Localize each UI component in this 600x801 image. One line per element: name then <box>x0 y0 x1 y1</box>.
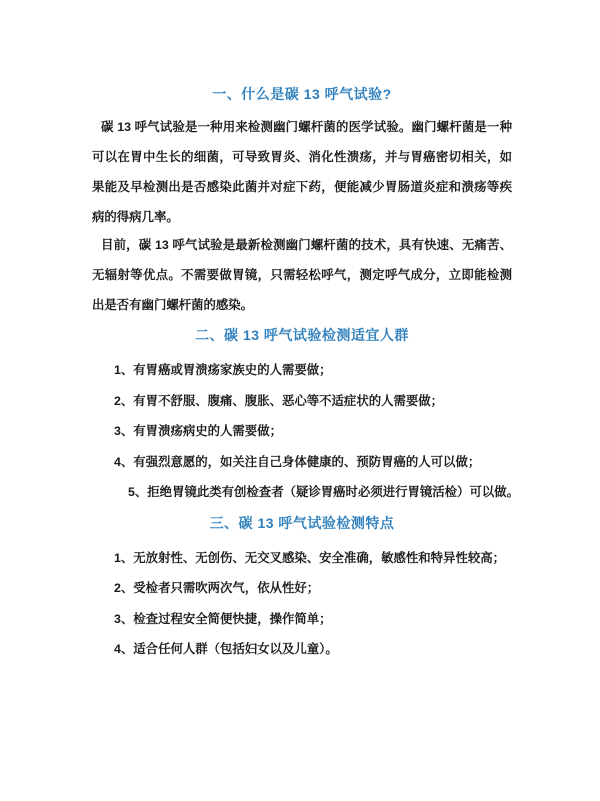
section-3-heading: 三、碳 13 呼气试验检测特点 <box>92 513 512 533</box>
section-2-list: 1、有胃癌或胃溃疡家族史的人需要做； 2、有胃不舒服、腹痛、腹胀、恶心等不适症状… <box>92 355 512 508</box>
section-1-heading: 一、什么是碳 13 呼气试验? <box>92 84 512 104</box>
list-item: 4、有强烈意愿的，如关注自己身体健康的、预防胃癌的人可以做； <box>92 447 512 478</box>
list-item: 3、有胃溃疡病史的人需要做； <box>92 416 512 447</box>
list-item: 5、拒绝胃镜此类有创检查者（疑诊胃癌时必须进行胃镜活检）可以做。 <box>92 477 512 508</box>
list-item: 2、有胃不舒服、腹痛、腹胀、恶心等不适症状的人需要做； <box>92 386 512 417</box>
list-item: 1、有胃癌或胃溃疡家族史的人需要做； <box>92 355 512 386</box>
section-1-paragraph-1: 碳 13 呼气试验是一种用来检测幽门螺杆菌的医学试验。幽门螺杆菌是一种可以在胃中… <box>92 112 512 232</box>
list-item: 1、无放射性、无创伤、无交叉感染、安全准确，敏感性和特异性较高； <box>92 543 512 574</box>
section-2-heading: 二、碳 13 呼气试验检测适宜人群 <box>92 325 512 345</box>
list-item: 2、受检者只需吹两次气，依从性好； <box>92 573 512 604</box>
section-3-list: 1、无放射性、无创伤、无交叉感染、安全准确，敏感性和特异性较高； 2、受检者只需… <box>92 543 512 665</box>
list-item: 4、适合任何人群（包括妇女以及儿童）。 <box>92 634 512 665</box>
section-1-paragraph-2: 目前，碳 13 呼气试验是最新检测幽门螺杆菌的技术，具有快速、无痛苦、无辐射等优… <box>92 230 512 320</box>
document-page: 一、什么是碳 13 呼气试验? 碳 13 呼气试验是一种用来检测幽门螺杆菌的医学… <box>0 0 600 801</box>
list-item: 3、检查过程安全简便快捷，操作简单； <box>92 604 512 635</box>
